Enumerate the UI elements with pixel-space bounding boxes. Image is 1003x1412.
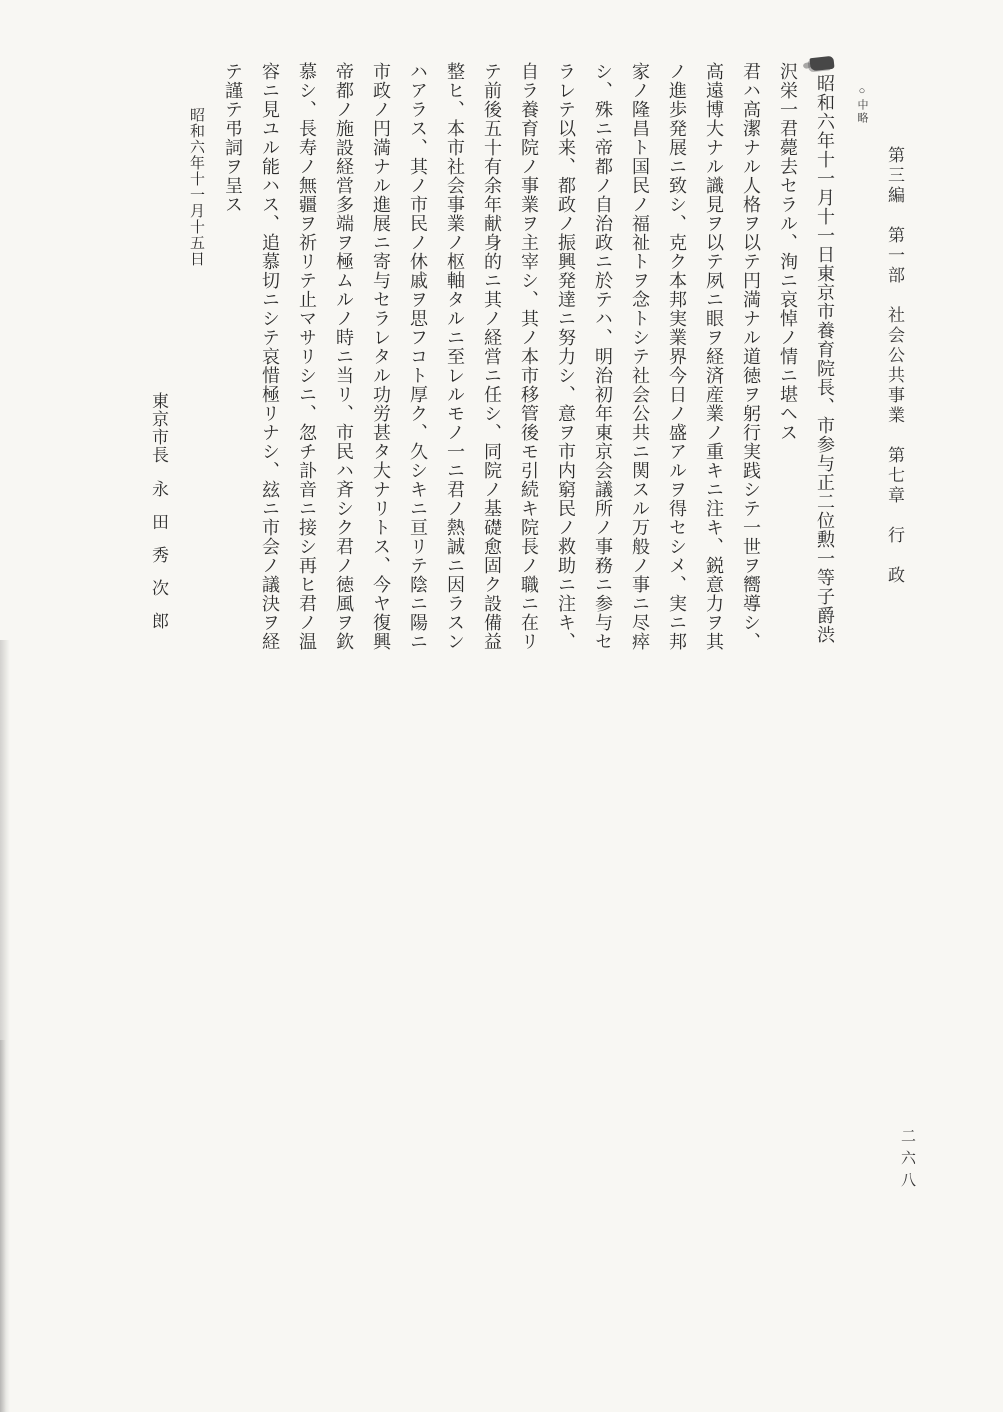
page-number: 二六八 bbox=[897, 1128, 918, 1194]
signature-title: 東京市長 bbox=[149, 392, 168, 464]
body-line: ラレテ以来、都政ノ振興発達ニ努力シ、意ヲ市内窮民ノ救助ニ注キ、 bbox=[547, 62, 584, 682]
running-head: 第三編 第一部 社会公共事業 第七章 行 政 bbox=[882, 146, 907, 706]
signature-name: 永田秀次郎 bbox=[149, 480, 168, 645]
scanned-document-page: 第三編 第一部 社会公共事業 第七章 行 政 ○中略 昭和六年十一月十一日東京市… bbox=[0, 0, 1003, 1412]
body-line: シ、殊ニ帝都ノ自治政ニ於テハ、明治初年東京会議所ノ事務ニ参与セ bbox=[584, 62, 621, 682]
body-line: 高遠博大ナル識見ヲ以テ夙ニ眼ヲ経済産業ノ重キニ注キ、鋭意力ヲ其 bbox=[695, 62, 732, 682]
body-line: 自ラ養育院ノ事業ヲ主宰シ、其ノ本市移管後モ引続キ院長ノ職ニ在リ bbox=[510, 62, 547, 682]
body-line: 容ニ見ユル能ハス、追慕切ニシテ哀惜極リナシ、玆ニ市会ノ議決ヲ経 bbox=[251, 62, 288, 682]
body-line: 市政ノ円満ナル進展ニ寄与セラレタル功労甚タ大ナリトス、今ヤ復興 bbox=[362, 62, 399, 682]
body-line: 慕シ、長寿ノ無疆ヲ祈リテ止マサリシニ、忽チ訃音ニ接シ再ヒ君ノ温 bbox=[288, 62, 325, 682]
body-line: ノ進歩発展ニ致シ、克ク本邦実業界今日ノ盛アルヲ得セシメ、実ニ邦 bbox=[658, 62, 695, 682]
body-line: テ前後五十有余年献身的ニ其ノ経営ニ任シ、同院ノ基礎愈固ク設備益 bbox=[473, 62, 510, 682]
body-line: 整ヒ、本市社会事業ノ枢軸タルニ至レルモノ一ニ君ノ熱誠ニ因ラスン bbox=[436, 62, 473, 682]
body-line: 沢栄一君薨去セラル、洵ニ哀悼ノ情ニ堪ヘス bbox=[769, 62, 806, 682]
scan-edge-shadow bbox=[0, 1040, 6, 1412]
body-line: テ謹テ弔詞ヲ呈ス bbox=[214, 62, 251, 682]
omission-note: ○中略 bbox=[843, 62, 880, 682]
body-line: ハアラス、其ノ市民ノ休戚ヲ思フコト厚ク、久シキニ亘リテ陰ニ陽ニ bbox=[399, 62, 436, 682]
document-body: ○中略 昭和六年十一月十一日東京市養育院長、市参与正二位勲一等子爵渋 沢栄一君薨… bbox=[140, 62, 880, 682]
body-line: 帝都ノ施設経営多端ヲ極ムルノ時ニ当リ、市民ハ斉シク君ノ徳風ヲ欽 bbox=[325, 62, 362, 682]
date-line: 昭和六年十一月十五日 bbox=[177, 62, 214, 682]
body-line: 昭和六年十一月十一日東京市養育院長、市参与正二位勲一等子爵渋 bbox=[806, 62, 843, 682]
signature-line: 東京市長永田秀次郎 bbox=[140, 62, 177, 682]
body-line: 家ノ隆昌ト国民ノ福祉トヲ念トシテ社会公共ニ関スル万般ノ事ニ尽瘁 bbox=[621, 62, 658, 682]
body-line: 君ハ高潔ナル人格ヲ以テ円満ナル道徳ヲ躬行実践シテ一世ヲ嚮導シ、 bbox=[732, 62, 769, 682]
